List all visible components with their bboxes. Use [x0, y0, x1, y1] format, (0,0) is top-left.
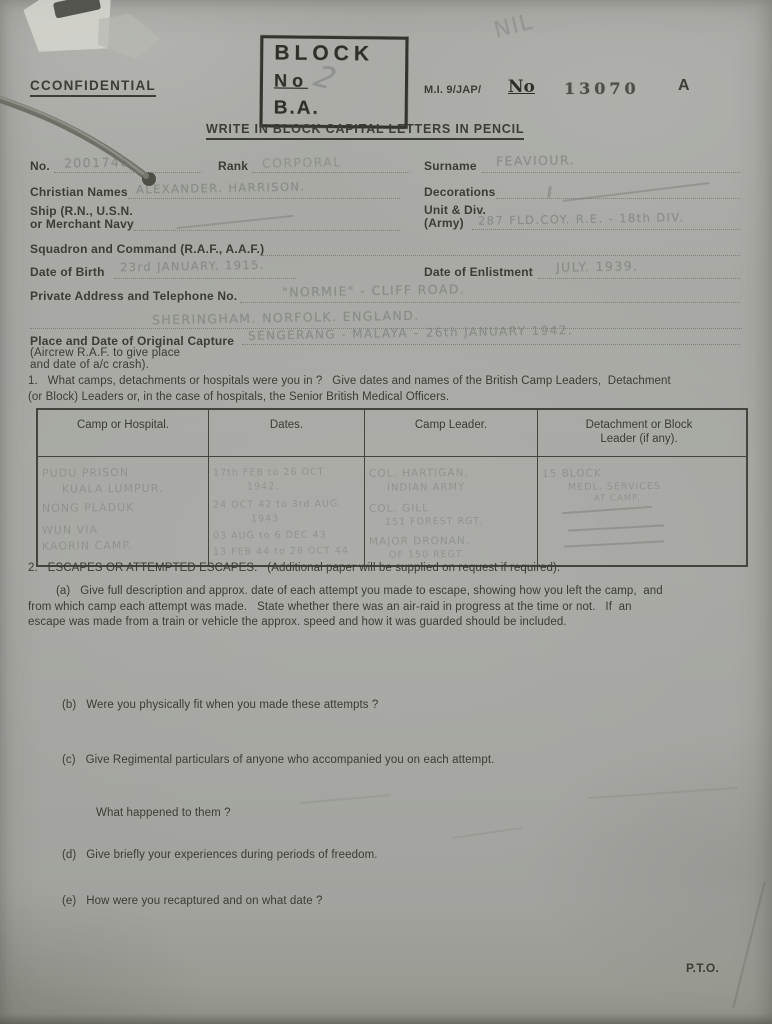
hw-date-line: 1943	[251, 512, 360, 524]
pencil-nil-note: NIL	[492, 10, 536, 44]
field-ship-label-line1: Ship (R.N., U.S.N.	[30, 204, 133, 218]
camps-table-cell-camp: PUDU PRISON KUALA LUMPUR. NONG PLADUK WU…	[38, 457, 209, 565]
confidential-marking: CCONFIDENTIAL	[30, 78, 156, 97]
field-rank-value: CORPORAL	[262, 154, 342, 170]
field-dob-label: Date of Birth	[30, 265, 105, 279]
question1-text: 1. What camps, detachments or hospitals …	[28, 374, 746, 405]
field-surname-label: Surname	[424, 159, 477, 173]
field-no-label: No.	[30, 159, 50, 173]
field-enlistment-line	[538, 277, 740, 279]
pencil-smudge-2	[300, 794, 390, 804]
hw-leader-line: COL. HARTIGAN.	[369, 464, 533, 482]
hw-date-line: 03 AUG to 6 DEC 43	[213, 527, 360, 545]
field-squadron-label: Squadron and Command (R.A.F., A.A.F.)	[30, 242, 264, 256]
camps-table-cell-detachment: 15 BLOCK MEDL. SERVICES AT CAMP.	[538, 457, 740, 565]
field-decorations-label: Decorations	[424, 185, 496, 199]
section2-item-d: (d) Give briefly your experiences during…	[62, 848, 378, 864]
hw-camp-line: PUDU PRISON	[42, 464, 204, 482]
hw-detachment-line: 15 BLOCK	[542, 464, 736, 482]
camps-table-cell-leader: COL. HARTIGAN. INDIAN ARMY COL. GILL 151…	[365, 457, 538, 565]
detachment-dash-3	[564, 540, 664, 547]
section2-item-c-followup: What happened to them ?	[96, 806, 231, 822]
field-unit-value: 287 FLD.COY. R.E. - 18th DIV.	[478, 210, 684, 228]
field-address-label: Private Address and Telephone No.	[30, 289, 237, 303]
field-rank-line	[252, 171, 410, 173]
hw-leader-line: MAJOR DRONAN.	[369, 532, 533, 550]
hw-camp-line: NONG PLADUK	[42, 499, 204, 517]
field-capture-label-line1: Place and Date of Original Capture	[30, 334, 234, 348]
field-no-value: 2001746	[64, 154, 130, 170]
form-serial-number: 13070	[564, 79, 640, 98]
field-capture-label-line3: and date of a/c crash).	[30, 359, 149, 371]
hw-date-line: 1942.	[247, 480, 360, 493]
camps-table-header-row: Camp or Hospital. Dates. Camp Leader. De…	[38, 410, 746, 457]
hw-date-line: 13 FEB 44 to 28 OCT 44	[213, 543, 360, 561]
field-christian-names-line	[128, 197, 400, 199]
form-suffix-letter: A	[678, 77, 691, 95]
hw-date-line: 17th FEB to 26 OCT	[213, 464, 360, 482]
field-unit-line	[472, 228, 740, 230]
field-ship-label-line2: or Merchant Navy	[30, 217, 134, 231]
camps-table-cell-dates: 17th FEB to 26 OCT 1942. 24 OCT 42 to 3r…	[209, 457, 365, 565]
section2-item-c: (c) Give Regimental particulars of anyon…	[62, 753, 494, 769]
stamp-ba-label: B.A.	[274, 97, 320, 119]
field-capture-label-line2: (Aircrew R.A.F. to give place	[30, 347, 180, 359]
instruction-heading: WRITE IN BLOCK CAPITAL LETTERS IN PENCIL	[206, 122, 524, 140]
field-surname-line	[482, 171, 740, 173]
field-address-value1: "NORMIE" - CLIFF ROAD.	[282, 281, 465, 299]
section2-item-a: (a) Give full description and approx. da…	[28, 584, 748, 631]
detachment-dash-1	[562, 506, 652, 514]
field-no-line	[54, 171, 202, 173]
scanned-form-page: CCONFIDENTIAL BLOCK No 2 B.A. M.I. 9/JAP…	[0, 0, 772, 1024]
hw-detachment-line: AT CAMP.	[594, 492, 736, 503]
hw-leader-line: 151 FOREST RGT.	[385, 515, 533, 529]
field-rank-label: Rank	[218, 159, 248, 173]
hw-leader-line: INDIAN ARMY	[387, 480, 533, 495]
decorations-pencil-dash	[562, 182, 709, 202]
field-surname-value: FEAVIOUR.	[496, 152, 575, 168]
camps-table-body-row: PUDU PRISON KUALA LUMPUR. NONG PLADUK WU…	[38, 457, 746, 565]
hw-camp-line: KAORIN CAMP.	[42, 537, 204, 555]
field-dob-line	[114, 277, 296, 279]
field-enlistment-value: JULY. 1939.	[556, 258, 639, 274]
form-no-label: No	[508, 77, 535, 97]
section2-item-e: (e) How were you recaptured and on what …	[62, 894, 323, 910]
section2-heading: 2. ESCAPES OR ATTEMPTED ESCAPES. (Additi…	[28, 561, 746, 577]
hw-leader-line: COL. GILL	[369, 499, 533, 517]
hw-camp-line: KUALA LUMPUR.	[62, 480, 204, 497]
field-capture-line	[242, 343, 740, 345]
camps-table-header-detachment: Detachment or Block Leader (if any).	[538, 410, 740, 456]
field-address-line1	[240, 301, 740, 303]
field-unit-label-line1: Unit & Div.	[424, 203, 486, 217]
pencil-smudge-3	[452, 827, 522, 839]
block-number-stamp: BLOCK No 2 B.A.	[260, 35, 409, 129]
page-crease	[732, 882, 765, 1009]
pto-label: P.T.O.	[686, 961, 719, 975]
field-address-value2: SHERINGHAM. NORFOLK. ENGLAND.	[152, 308, 420, 328]
field-ship-line	[134, 229, 400, 231]
form-series-label: M.I. 9/JAP/	[424, 84, 481, 96]
pencil-smudge-1	[588, 787, 738, 799]
field-decorations-line	[496, 197, 740, 199]
hw-leader-line: OF 150 REGT.	[389, 548, 533, 562]
stamp-no-label: No	[274, 70, 308, 91]
field-squadron-line	[262, 254, 740, 256]
hw-camp-line: WUN VIA	[42, 521, 204, 539]
field-christian-names-label: Christian Names	[30, 185, 128, 199]
field-enlistment-label: Date of Enlistment	[424, 265, 533, 279]
detachment-dash-2	[568, 524, 664, 531]
field-dob-value: 23rd JANUARY. 1915.	[120, 258, 265, 275]
camps-table-header-leader: Camp Leader.	[365, 410, 538, 456]
ship-pencil-dash	[176, 215, 294, 229]
section2-item-b: (b) Were you physically fit when you mad…	[62, 698, 378, 714]
camps-table-header-dates: Dates.	[209, 410, 365, 456]
field-unit-label-line2: (Army)	[424, 216, 464, 230]
camps-table-header-camp: Camp or Hospital.	[38, 410, 209, 456]
hw-date-line: 24 OCT 42 to 3rd AUG.	[213, 496, 360, 514]
camps-table: Camp or Hospital. Dates. Camp Leader. De…	[36, 408, 748, 567]
field-christian-names-value: ALEXANDER. HARRISON.	[136, 180, 306, 197]
